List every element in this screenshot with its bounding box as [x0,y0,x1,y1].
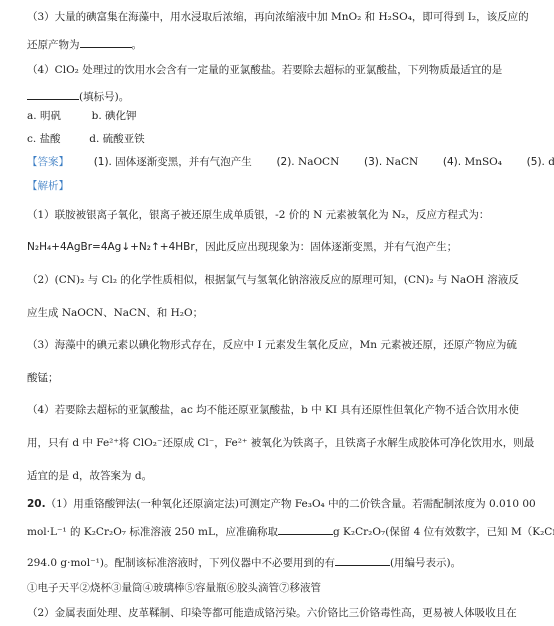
answer-5-num: (5). [527,156,545,168]
answer-3-num: (3). [364,156,382,168]
options-row-1: a. 明矾 b. 碘化钾 [27,109,137,123]
analysis-p2-line2: 应生成 NaOCN、NaCN、和 H₂O； [27,306,203,320]
answer-label: 【答案】 [27,156,69,168]
answer-2-text: NaOCN [298,156,339,168]
q20-part2-line1: （2）金属表面处理、皮革鞣制、印染等都可能造成铬污染。六价铬比三价铬毒性高，更易… [27,606,517,620]
option-b-key: b. [92,110,102,122]
q19-part4-line2: (填标号)。 [27,89,129,104]
q20-instruments-list: ①电子天平②烧杯③量筒④玻璃棒⑤容量瓶⑥胶头滴管⑦移液管 [27,581,321,595]
analysis-p1-line2: N₂H₄+4AgBr=4Ag↓+N₂↑+4HBr，因此反应出现现象为：固体逐渐变… [27,240,457,254]
q20-part1-line3: 294.0 g·mol⁻¹)。配制该标准溶液时，下列仪器中不必要用到的有(用编号… [27,555,461,570]
answer-4-num: (4). [443,156,461,168]
answer-row: 【答案】 (1). 固体逐渐变黑，并有气泡产生 (2). NaOCN (3). … [27,155,554,169]
option-d-text: 硫酸亚铁 [103,133,145,145]
answer-blank [80,37,132,48]
q20-part1-line3-prefix: 294.0 g·mol⁻¹)。配制该标准溶液时，下列仪器中不必要用到的有 [27,557,335,569]
q19-part3-prefix: 还原产物为 [27,39,80,51]
q20-part1-line2-prefix: mol·L⁻¹ 的 K₂Cr₂O₇ 标准溶液 250 mL，应准确称取 [27,526,278,538]
q19-part3-suffix: 。 [132,39,143,51]
answer-4-text: MnSO₄ [464,156,502,168]
analysis-p4-line2: 用，只有 d 中 Fe²⁺将 ClO₂⁻还原成 Cl⁻，Fe²⁺ 被氧化为铁离子… [27,436,534,450]
q19-part4-line1: （4）ClO₂ 处理过的饮用水会含有一定量的亚氯酸盐。若要除去超标的亚氯酸盐，下… [27,63,502,77]
options-row-2: c. 盐酸 d. 硫酸亚铁 [27,132,145,146]
analysis-p4-line1: （4）若要除去超标的亚氯酸盐，ac 均不能还原亚氯酸盐，b 中 KI 具有还原性… [27,403,519,417]
answer-1-text: 固体逐渐变黑，并有气泡产生 [115,156,252,168]
q20-part1-line1: 20.（1）用重铬酸钾法(一种氧化还原滴定法)可测定产物 Fe₃O₄ 中的二价铁… [27,497,536,511]
q20-part1-text: （1）用重铬酸钾法(一种氧化还原滴定法)可测定产物 Fe₃O₄ 中的二价铁含量。… [46,498,536,510]
answer-1-num: (1). [94,156,112,168]
option-b-text: 碘化钾 [105,110,137,122]
analysis-p4-line3: 适宜的是 d，故答案为 d。 [27,469,152,483]
q20-part1-line3-suffix: (用编号表示)。 [390,557,461,569]
option-a-key: a. [27,110,37,122]
answer-2-num: (2). [276,156,294,168]
q20-part1-line2: mol·L⁻¹ 的 K₂Cr₂O₇ 标准溶液 250 mL，应准确称取g K₂C… [27,524,554,539]
analysis-p2-line1: （2）(CN)₂ 与 Cl₂ 的化学性质相似，根据氯气与氢氧化钠溶液反应的原理可… [27,273,519,287]
answer-blank [27,89,79,100]
q20-number: 20. [27,498,46,510]
answer-5-text: d [548,156,554,168]
answer-blank [335,555,390,566]
answer-3-text: NaCN [386,156,419,168]
q19-part3-line2: 还原产物为。 [27,37,142,52]
answer-blank [278,524,333,535]
analysis-p1-line1: （1）联胺被银离子氧化，银离子被还原生成单质银，-2 价的 N 元素被氧化为 N… [27,208,489,222]
option-a-text: 明矾 [40,110,61,122]
q19-part4-suffix: (填标号)。 [79,91,129,103]
analysis-p3-line2: 酸锰； [27,371,59,385]
option-c-key: c. [27,133,36,145]
option-c-text: 盐酸 [40,133,61,145]
q20-part1-line2-suffix: g K₂Cr₂O₇(保留 4 位有效数字，已知 M（K₂Cr₂O₇）＝ [333,526,554,538]
analysis-p3-line1: （3）海藻中的碘元素以碘化物形式存在，反应中 I 元素发生氧化反应，Mn 元素被… [27,338,517,352]
analysis-label: 【解析】 [27,179,69,193]
q19-part3-line1: （3）大量的碘富集在海藻中，用水浸取后浓缩，再向浓缩液中加 MnO₂ 和 H₂S… [27,10,529,24]
option-d-key: d. [89,133,99,145]
